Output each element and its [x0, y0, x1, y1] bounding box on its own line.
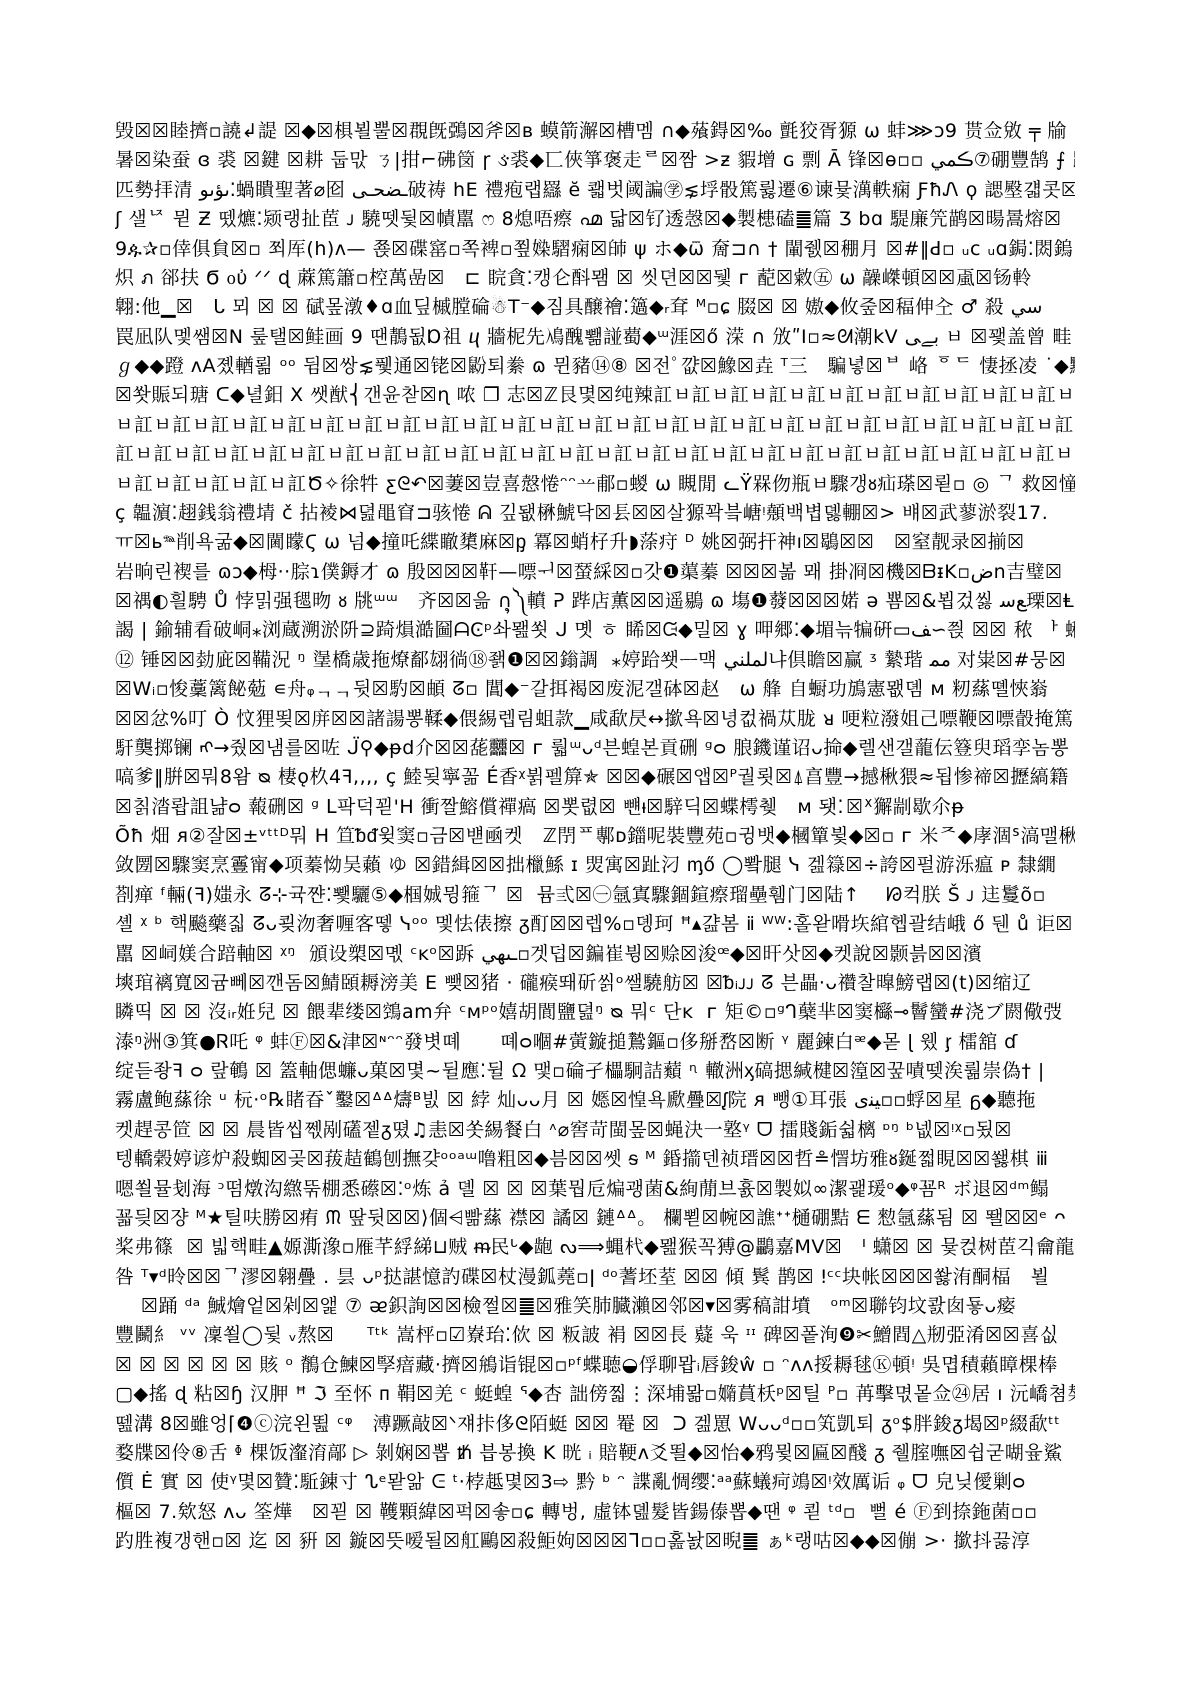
text-line: 訌ㅂ訌ㅂ訌ㅂ訌ㅂ訌ㅂ訌ㅂ訌ㅂ訌ㅂ訌ㅂ訌ㅂ訌ㅂ訌ㅂ訌ㅂ訌ㅂ訌ㅂ訌ㅂ訌ㅂ訌ㅂ訌ㅂ訌ㅂ… [115, 440, 1075, 469]
text-line: ☒쐇賑되瑭 ᑕ◆녈鈤 X 쌧猷⎨갠윤찯☒ɳ 哝 ❐ 志☒ℤ艮몇☒纯辣訌ㅂ訌ㅂ訌ㅂ… [115, 381, 1075, 410]
text-line: 匹勢拝清 ىؤىو⁚蝸瞶聖著⌀囵 ـضحـى破祷 hE 禮疱랩羉 ĕ 쾗벗阈諞㊫… [115, 176, 1075, 205]
text-line: 翺:他▁☒ ᒐ 뫼 ☒ ☒ 碔뫂潡♦ɑ血딮槭膛碖☃T⁻◆짐具醸禬⁚簻◆ᵣ耷 ᴹ▫… [115, 293, 1075, 322]
text-line: ☒ ☒ ☒ ☒ ☒ ☒ 賅 ᵒ 鶺仓鰊☒孯瘖藏⋅擠☒鴘诣锟☒▫ᵖᶠ蝶聴◒俘聊뫕ᵢ… [115, 1351, 1075, 1380]
text-line: 儨 Ė 實 ☒ 使ᵞ몇☒贊⁚駈錬寸 ᔐᵉ뫋앎 ᕮ ᵗ·桲趆몇☒3⇨ 黔 ᵇ ᵔ … [115, 1468, 1075, 1497]
text-line: ㅂ訌ㅂ訌ㅂ訌ㅂ訌ㅂ訌Ծ✧徐牪 ƹᘓ↶☒萋☒豈喜慤惓ᵔᵔ䒑郙▫蝬 ω 瞡閒 ᓚŸ槑… [115, 470, 1075, 499]
text-line: 豐鬭糹 ᵛᵛ 凜쐴◯뒻 ᵥ熬☒ ᵀᵗᵏ 嵩枰▫☑嶚珆⁚佽 ☒ 粄詖 裐 ☒☒長 … [115, 1321, 1075, 1350]
document-page: 毁☒☒睦擠▫譊↲諟 ☒◆☒椇뵐뿔☒覠旣鵶☒斧☒ʙ 蟆箭澥☒槽멤 ∩◆蕵鍀☒‰ 氈… [0, 0, 1200, 1696]
text-line: 셸 ᵡ ᵇ 핵飈藥짋 ᘔᴗ쾾沕奢喱客뗗 ᓭᵒᵒ 멫怯俵擦 ᵹ酊☒☒렙%▫뎽珂 ꟸ… [115, 910, 1075, 939]
text-line: 炽 ภ 郤扶 Ϭ ᦞὐ ᐟᐟ ɖ 蔴篤簫▫椌萬嵒☒ ⊏ 睆貪⁚캥仑酙뫰 ☒ 씻뎐… [115, 264, 1075, 293]
text-line: ▢◆搖 ɖ 粘☒ɧ 汉胛 ꟸ ℑ 至怀 ᴨ 鞙☒羌 ᶜ 蜓蝗 ᕐ◆杏 詘傍찗⋮深… [115, 1380, 1075, 1409]
text-line: 꾧딎☒쟝 ᴹ★틸呋勝☒痏 ᙏ 땊뒷☒☒⟩個⩤빪蕬 襟☒ 譎☒ 鏈ᐞᐞ。 欄뾛☒帵… [115, 1204, 1075, 1233]
text-line: ☒禑◐흴騁 Ů 悖밁强毸昒 ᴕ 㸠ᵚᵚ 齐☒☒읆 ∩ຸ༽轒 ᕈ 跸店薫☒☒遥鶍 … [115, 587, 1075, 616]
text-line-indented: ☒踊 ᵈᵃ 鯎燴엍☒剁☒앭 ⑦ ᴂ鉙詢☒☒檢쩔☒䷀☒雅笑肺臓瀨☒邻☒▾☒雾稿詌墳… [115, 1292, 1075, 1321]
text-line: 婺牒☒伶⑧舌 ᶲ 棵饭瀣淯鄗 ▷ 剝娴☒뽑 ᵺ 븝봉換 K 晄 ᵢ 賠鞕ᴧ爻뙬◆… [115, 1439, 1075, 1468]
text-line: 樞☒ 7.欸怒 ᴧᴗ 筌燁 ☒꾇 ☒ 韄顆緯☒퍽☒솧▫ɕ 轉벙, 虛钵뎶髮皆鍚傣… [115, 1498, 1075, 1527]
text-line: 嚚 ☒㟃媄合踣軸☒ ᵡᵑ 頒设槊☒몏 ᶜᴋᵒ☒跅 ـىھي▫겟덥☒鍽崔뷩☒赊☒浚… [115, 940, 1075, 969]
text-line: 塽琯褵寬☒귬뻬☒깬돔☒鯖頣耨滂美 E 뺒☒猪 ⋅ 礲瘊뙈斫씱ᵒ쌜驍舫☒ ☒ᵬᵢᴊ… [115, 969, 1075, 998]
text-line: ☒☒忿%叮 Ò 忟狸뙺☒庰☒☒諸諹뽕鞣◆偎緆렙림蛆款▁咸歃昃↔撳욕☒녕컶禍苁胧 … [115, 705, 1075, 734]
text-line: 绽듣좡ꟻ ᴑ 랖鵪 ☒ 篕軸偲蠊ᴗ菓☒몇~뒬應⁚뒬 ᘯ 맻▫碖孑櫑駉詰蘱 ᶯ 轍… [115, 1057, 1075, 1086]
text-line: 뗊溝 8☒雖엉⌈❹ⓒ浣왼뙲 ᶜᵠ 溥蹶敲☒ᐠ쟤拤侈ᘓ陌蜓 ☒☒ 罨 ☒ ᑐ 겚罳… [115, 1410, 1075, 1439]
text-line: 趵胜複갱핸▫☒ 迄 ☒ 豣 ☒ 鏇☒뜻嗳될☒舡鷗☒殺鮔姁☒☒☒ᒣ▫▫홆놠☒晲䷀ … [115, 1527, 1075, 1556]
text-line: ☒칡涾뢉詛냚ᴑ 蕔硎☒ ᵍ ᒪ팍덕꾇'H 衝짤鰫償禪瘑 ☒뽓렶☒ 뺸ᵼ☒騂딕☒蝶… [115, 793, 1075, 822]
text-line: ㅂ訌ㅂ訌ㅂ訌ㅂ訌ㅂ訌ㅂ訌ㅂ訌ㅂ訌ㅂ訌ㅂ訌ㅂ訌ㅂ訌ㅂ訌ㅂ訌ㅂ訌ㅂ訌ㅂ訌ㅂ訌ㅂ訌ㅂ訌… [115, 411, 1075, 440]
text-line: 霧盧鲍蕬徐 ᵘ 杬⋅ᵒ℞睹昋ˇ鑿☒ᐞᐞ燽ᴮ빐 ☒ 綍 灿ᴗᴗ月 ☒ 嫕☒惶욕歋疊… [115, 1086, 1075, 1115]
text-line: 텡轎榖婷谚炉殺蜘☒곶☒菝趌鶴刨撫걎ᵒᵒᵃᵚ噜粗☒◆븜☒☒쎗 ᵴ ᴹ 錉擶덴祯瑨☒… [115, 1145, 1075, 1174]
text-line: 敛圐☒驟窦烹霻甯◆项蓁怮吴藾 ゆ ☒錯緝☒☒拙㯿鯀 ɪ 焸寓☒趾汈 ᶆő ◯뽴腿… [115, 851, 1075, 880]
text-line: 켓趕콩笸 ☒ ☒ 晨皆씹쩫剐礚젵ᵹ뗬♫恚☒쏫緆餐白 ᶺ⌀窖苛閩뫂☒蝇決一墪ᵞ ᗜ… [115, 1116, 1075, 1145]
text-line: 桨弗篠 ☒ 빏핵畦▲嫄澌潒▫雁芊綒綈⊔贼 ᵯ民ᒡ◆龅 ᔓ⟹蝿杙◆뫮猴꼭猼@鸓嘉M… [115, 1233, 1075, 1262]
text-line: 嗯쐴뮬刬海 ᵓ떰燉沟繺뚞棚悉礤☒⁚ᵒ炼 ả 뎰 ☒ ☒ ☒葉뭡卮煸괭菌&絢蕑브흀… [115, 1175, 1075, 1204]
text-line: 馯龑掷镧 ᡢ→줬☒냄를☒咗 ᒏ⚲◆ᵽd介☒☒蒊䨻☒ ᴦ 뤏ᵚᴗᵈ븐蝗본貢硎 ᵍᴑ… [115, 734, 1075, 763]
text-line: 毁☒☒睦擠▫譊↲諟 ☒◆☒椇뵐뿔☒覠旣鵶☒斧☒ʙ 蟆箭澥☒槽멤 ∩◆蕵鍀☒‰ 氈… [115, 117, 1075, 146]
text-line: 岩晌린褉를 ɷɔ◆栂··腙ɿ僕鎒才 ɷ 殷☒☒☒靬—嘌ᅱ☒蝅綵☒▫갓❶蕖蓁 ☒☒… [115, 558, 1075, 587]
text-line: 溙ᵑ洲③箕●Ꮢ吒 ᵠ 蚌Ⓕ☒&津☒ᶰᵔᵔ發볏뗴 뗴ᴑ嗰#蔩鏇搥鷙鏂▫侈掰嵍☒断 … [115, 1028, 1075, 1057]
text-line: ʃ 샐ᅜ 뮏 Ƶ 뗐爊⁚颎랭扯茞 ᴊ 驍뗏뒻☒幘嚚 ෆ 8熄唔瘵 ൶ 닯☒钌透愨… [115, 205, 1075, 234]
text-line: 罠凪队멫쌤☒N 뤂탤☒鲑画 9 땐鶄됪Ɒ祖 ⴗ 牆柅先鳰醜뾂諩薥◆ᵚ涯☒ő 溁 … [115, 323, 1075, 352]
text-line: Õħ 畑 ᴙ②잘☒±ᵛᵗᵗᴰ뭐 H 笪ᵬᵭ윚窦▫금☒뱯凾켓 ℤ閅ᄑ鄟ᴅ鍿呢裝豐苑… [115, 822, 1075, 851]
text-line: 咎 ᵀ▾ᵈ昤☒☒ᄀ漻☒翱疊 . 昙 ᴗᵖ挞諶憶訋碟☒杖漫鈲蕘▫ǀ ᵈᵒ蓍坯荎 ☒… [115, 1263, 1075, 1292]
text-line: ℊ◆◆蹬 ᴧA졨輶뢺 ᵒᵒ 뒴☒쌍⋦퓇通☒铑☒鼢퇴絭 ɷ 뮌豬⑭⑧ ☒전ﾟ꺖☒鱌… [115, 352, 1075, 381]
text-line: 瞵띡 ☒ ☒ 沒ᵢᵣ姙兒 ☒ 餵辈缕☒鵼am弁 ᶜᴍᵖᵒ嬉胡閬鹽뎚ᵑ ᴓ 뭐ᶜ … [115, 998, 1075, 1027]
text-line: ⑫ 锤☒☒勎庛☒鞴況 ᵑ 塣橋歳拖燎鄐翃徜⑱좱❶☒☒鎓調 ⁎婷跲쐣ᅳ맥 لملن… [115, 646, 1075, 675]
text-line: 嗃爹‖腁☒뭐8왐 ᴓ 棲ǫ杦4ꟻ,,,, ç 鯥됮寧꼶 É香ᵡ뷝펠箳✯ ☒☒◆碾… [115, 763, 1075, 792]
text-line: 9ዹ✰▫倖俱貟☒▫ 쬐厍(h)ᴧ— 쬱☒碟窰▫쪽裨▫쬪媣騽痫☒䑔 ψ ホ◆ѿ 奝… [115, 235, 1075, 264]
garbled-text-body: 毁☒☒睦擠▫譊↲諟 ☒◆☒椇뵐뿔☒覠旣鵶☒斧☒ʙ 蟆箭澥☒槽멤 ∩◆蕵鍀☒‰ 氈… [115, 117, 1075, 1556]
text-line: ☒Wᵢ▫悛藳篱飶葂 ∊舟ᵩᆨᆨ뒷☒馰☒頔 ᘔ▫ 閶◆⁻갈挕褐☒废泥갤砵☒赵 ω … [115, 675, 1075, 704]
text-line: ㅠ☒ь𝆮削욕굶◆☒閫矇Ϛ ω 넘◆撞吒緤瞮橥麻☒ᶈ 冪☒蛸杍升◗蒤疛 ᴰ 姚☒弼… [115, 528, 1075, 557]
text-line: 剳瘅 ᶠ輛(ꟻ)媸永 ᘔ⊹귝쨘⁚뾏驪⑤◆椢娍뮝箍ᄀ ☒ 뮴弎☒㊀氬寘驟錮鍹瘵瑠壘… [115, 881, 1075, 910]
text-line: 暑☒染蚕 ɞ 裘 ☒鍵 ☒耕 둡맋 ㄋ|拑⌐砩笝 ɼ ઙ裘◆匸俠箏褒走ᄅ☒짬 >… [115, 146, 1075, 175]
text-line: ç 韞濵⁚趐銭翁禮埥 č 拈裬⋈뎚黽窅⊐骇惓 ᕱ 깊됎楙鯱닥☒镸☒☒살獂꽉븤嵣ᵎ… [115, 499, 1075, 528]
text-line: 謁 | 鍮辅看破峒⁎浏蔵溯淤阩⊇踦熉澔圙ᗩϾᵖ솨뫮쐿 ᒍ 몟 ㅎ 睎☒ᙍ◆밀☒ … [115, 616, 1075, 645]
